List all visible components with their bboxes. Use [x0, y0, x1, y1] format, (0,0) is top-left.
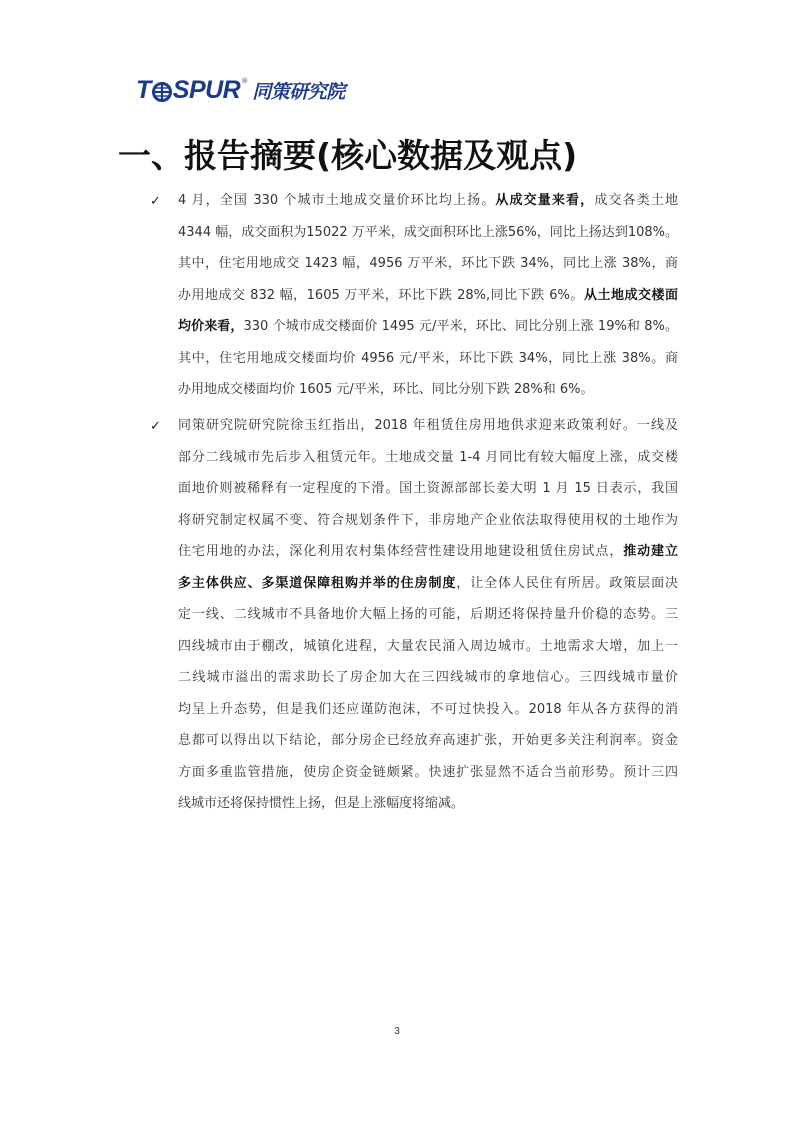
globe-icon [152, 80, 172, 100]
text-run: 将研究制定权属不变、符合规划条件下，非房地产企业依法取得使用权的土地作为 [178, 513, 678, 528]
checkmark-icon: ✓ [150, 419, 161, 434]
text-run: 二线城市溢出的需求助长了房企加大在三四线城市的拿地信心。三四线城市量价 [178, 670, 678, 685]
text-run: 办用地成交楼面均价 1605 元/平米，环比、同比分别下跌 28%和 6%。 [178, 382, 594, 397]
text-line: 均呈上升态势，但是我们还应谨防泡沫，不可过快投入。2018 年从各方获得的消 [178, 699, 678, 731]
text-run: 息都可以得出以下结论，部分房企已经放弃高速扩张，开始更多关注利润率。资金 [178, 733, 678, 748]
section-title: 一、报告摘要(核心数据及观点) [118, 130, 577, 177]
text-line: 二线城市溢出的需求助长了房企加大在三四线城市的拿地信心。三四线城市量价 [178, 667, 678, 699]
text-run: 面地价则被稀释有一定程度的下滑。国土资源部部长姜大明 1 月 15 日表示，我国 [178, 481, 678, 496]
text-line: 面地价则被稀释有一定程度的下滑。国土资源部部长姜大明 1 月 15 日表示，我国 [178, 478, 678, 510]
text-line: 其中，住宅用地成交楼面均价 4956 元/平米，环比下跌 34%，同比上涨 38… [178, 348, 678, 380]
text-run: 330 个城市成交楼面价 1495 元/平米，环比、同比分别上涨 19%和 8%… [244, 319, 678, 334]
page-number: 3 [0, 1026, 794, 1037]
text-run: 成交各类土地 [594, 193, 678, 208]
text-line: 住宅用地的办法，深化利用农村集体经营性建设用地建设租赁住房试点，推动建立 [178, 541, 678, 573]
text-line: 部分二线城市先后步入租赁元年。土地成交量 1-4 月同比有较大幅度上涨，成交楼 [178, 447, 678, 479]
text-line: 4344 幅，成交面积为15022 万平米，成交面积环比上涨56%，同比上扬达到… [178, 222, 678, 254]
bold-text: 多主体供应、多渠道保障租购并举的住房制度 [178, 576, 456, 591]
logo-letter-t: T [136, 76, 151, 105]
bold-text: 推动建立 [623, 544, 678, 559]
text-run: 四线城市由于棚改，城镇化进程，大量农民涌入周边城市。土地需求大增，加上一 [178, 639, 678, 654]
text-run: 其中，住宅用地成交 1423 幅，4956 万平米，环比下跌 34%，同比上涨 … [178, 256, 678, 271]
bold-text: 均价来看， [178, 319, 244, 334]
text-line: 办用地成交 832 幅，1605 万平米，环比下跌 28%,同比下跌 6%。从土… [178, 285, 678, 317]
text-run: ，让全体人民住有所居。政策层面决 [456, 576, 678, 591]
company-logo: T SPUR ® 同策研究院 [136, 76, 345, 104]
summary-paragraph-data: 4 月，全国 330 个城市土地成交量价环比均上扬。从成交量来看，成交各类土地4… [178, 190, 678, 411]
logo-chinese: 同策研究院 [252, 77, 345, 104]
text-line: 多主体供应、多渠道保障租购并举的住房制度，让全体人民住有所居。政策层面决 [178, 573, 678, 605]
summary-paragraph-analysis: 同策研究院研究院徐玉红指出，2018 年租赁住房用地供求迎来政策利好。一线及部分… [178, 415, 678, 825]
logo-letters-spur: SPUR [173, 76, 240, 105]
text-run: 线城市还将保持惯性上扬，但是上涨幅度将缩减。 [178, 796, 464, 811]
text-run: 部分二线城市先后步入租赁元年。土地成交量 1-4 月同比有较大幅度上涨，成交楼 [178, 450, 678, 465]
text-run: 方面多重监管措施，使房企资金链颇紧。快速扩张显然不适合当前形势。预计三四 [178, 765, 678, 780]
checkmark-icon: ✓ [150, 194, 161, 209]
text-line: 其中，住宅用地成交 1423 幅，4956 万平米，环比下跌 34%，同比上涨 … [178, 253, 678, 285]
text-line: 息都可以得出以下结论，部分房企已经放弃高速扩张，开始更多关注利润率。资金 [178, 730, 678, 762]
text-run: 住宅用地的办法，深化利用农村集体经营性建设用地建设租赁住房试点， [178, 544, 623, 559]
text-line: 4 月，全国 330 个城市土地成交量价环比均上扬。从成交量来看，成交各类土地 [178, 190, 678, 222]
text-line: 线城市还将保持惯性上扬，但是上涨幅度将缩减。 [178, 793, 678, 825]
text-line: 四线城市由于棚改，城镇化进程，大量农民涌入周边城市。土地需求大增，加上一 [178, 636, 678, 668]
text-line: 办用地成交楼面均价 1605 元/平米，环比、同比分别下跌 28%和 6%。 [178, 379, 678, 411]
text-run: 同策研究院研究院徐玉红指出，2018 年租赁住房用地供求迎来政策利好。一线及 [178, 418, 678, 433]
text-run: 定一线、二线城市不具备地价大幅上扬的可能，后期还将保持量升价稳的态势。三 [178, 607, 678, 622]
text-line: 同策研究院研究院徐玉红指出，2018 年租赁住房用地供求迎来政策利好。一线及 [178, 415, 678, 447]
text-line: 定一线、二线城市不具备地价大幅上扬的可能，后期还将保持量升价稳的态势。三 [178, 604, 678, 636]
text-line: 方面多重监管措施，使房企资金链颇紧。快速扩张显然不适合当前形势。预计三四 [178, 762, 678, 794]
text-run: 均呈上升态势，但是我们还应谨防泡沫，不可过快投入。2018 年从各方获得的消 [178, 702, 678, 717]
text-run: 4344 幅，成交面积为15022 万平米，成交面积环比上涨56%，同比上扬达到… [178, 225, 678, 240]
registered-mark: ® [241, 77, 248, 85]
logo-english: T SPUR [136, 76, 240, 105]
text-run: 其中，住宅用地成交楼面均价 4956 元/平米，环比下跌 34%，同比上涨 38… [178, 351, 678, 366]
text-line: 均价来看，330 个城市成交楼面价 1495 元/平米，环比、同比分别上涨 19… [178, 316, 678, 348]
text-line: 将研究制定权属不变、符合规划条件下，非房地产企业依法取得使用权的土地作为 [178, 510, 678, 542]
text-run: 办用地成交 832 幅，1605 万平米，环比下跌 28%,同比下跌 6%。 [178, 288, 584, 303]
text-run: 4 月，全国 330 个城市土地成交量价环比均上扬。 [178, 193, 495, 208]
bold-text: 从成交量来看， [495, 193, 594, 208]
bold-text: 从土地成交楼面 [584, 288, 678, 303]
